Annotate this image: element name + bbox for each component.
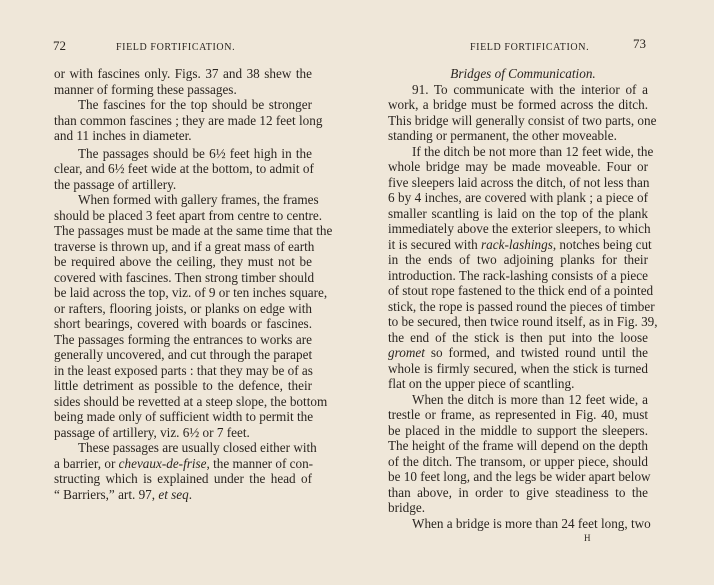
text-line: the passage of artillery. — [54, 177, 312, 193]
text-line: manner of forming these passages. — [54, 82, 312, 98]
text-line: structing which is explained under the h… — [54, 471, 312, 487]
text-line: bridge. — [388, 500, 648, 516]
text-line: traverse is thrown up, and if a great ma… — [54, 239, 312, 255]
text-line: covered with fascines. Then strong timbe… — [54, 270, 312, 286]
text-line: little detriment as possible to the defe… — [54, 378, 312, 394]
text-line: gromet so formed, and twisted round unti… — [388, 345, 648, 361]
text-line: to be secured, then twice round itself, … — [388, 314, 648, 330]
text-line: it is secured with rack-lashings, notche… — [388, 237, 648, 253]
text-line: 6 by 4 inches, are covered with plank ; … — [388, 190, 648, 206]
text-line: The passages forming the entrances to wo… — [54, 332, 312, 348]
text-line: short bearings, covered with boards or f… — [54, 316, 312, 332]
text-line: standing or permanent, the other moveabl… — [388, 128, 648, 144]
text-line: “ Barriers,” art. 97, et seq. — [54, 487, 312, 503]
text-line: five sleepers laid across the ditch, of … — [388, 175, 648, 191]
text-line: or rafters, flooring joists, or planks o… — [54, 301, 312, 317]
running-head: FIELD FORTIFICATION. — [116, 42, 235, 53]
text-line: immediately above the exterior sleepers,… — [388, 221, 648, 237]
running-head: FIELD FORTIFICATION. — [470, 42, 589, 53]
text-line: and 11 inches in diameter. — [54, 128, 312, 144]
text-line: should be placed 3 feet apart from centr… — [54, 208, 312, 224]
text-line: a barrier, or chevaux-de-frise, the mann… — [54, 456, 312, 472]
text-line: be laid across the top, viz. of 9 or ten… — [54, 285, 312, 301]
text-line: When the ditch is more than 12 feet wide… — [388, 392, 648, 408]
text-line: the end of the stick is then put into th… — [388, 330, 648, 346]
text-line: The passages must be made at the same ti… — [54, 223, 312, 239]
text-line: or with fascines only. Figs. 37 and 38 s… — [54, 66, 312, 82]
text-line: be placed in the middle to support the s… — [388, 423, 648, 439]
text-line: The passages should be 6½ feet high in t… — [54, 146, 312, 162]
text-line: being made only of sufficient width to p… — [54, 409, 312, 425]
text-line: The height of the frame will depend on t… — [388, 438, 648, 454]
text-line: generally uncovered, and cut through the… — [54, 347, 312, 363]
text-line: clear, and 6½ feet wide at the bottom, t… — [54, 161, 312, 177]
text-line: be 10 feet long, and the legs be wider a… — [388, 469, 648, 485]
text-line: than above, in order to give steadiness … — [388, 485, 648, 501]
text-line: smaller scantling is laid on the top of … — [388, 206, 648, 222]
text-line: of the ditch. The transom, or upper piec… — [388, 454, 648, 470]
text-line: The fascines for the top should be stron… — [54, 97, 312, 113]
text-line: trestle or frame, as represented in Fig.… — [388, 407, 648, 423]
text-line: of stout rope fastened to the thick end … — [388, 283, 648, 299]
text-line: in the least exposed parts : that they m… — [54, 363, 312, 379]
page-number: 73 — [633, 36, 646, 52]
section-heading: Bridges of Communication. — [388, 66, 648, 82]
page-number: 72 — [53, 38, 66, 54]
text-line: When a bridge is more than 24 feet long,… — [388, 516, 648, 532]
text-line: in the ends of two adjoining planks for … — [388, 252, 648, 268]
text-line: introduction. The rack-lashing consists … — [388, 268, 648, 284]
text-line: be required above the ceiling, they must… — [54, 254, 312, 270]
text-line: If the ditch be not more than 12 feet wi… — [388, 144, 648, 160]
text-line: When formed with gallery frames, the fra… — [54, 192, 312, 208]
text-line: These passages are usually closed either… — [54, 440, 312, 456]
signature-mark: H — [584, 533, 591, 543]
body-text: or with fascines only. Figs. 37 and 38 s… — [54, 66, 312, 502]
text-line: stick, the rope is passed round the piec… — [388, 299, 648, 315]
body-text: Bridges of Communication. 91. To communi… — [388, 66, 648, 531]
text-line: 91. To communicate with the interior of … — [388, 82, 648, 98]
text-line: whole is firmly secured, when the stick … — [388, 361, 648, 377]
text-line: than common fascines ; they are made 12 … — [54, 113, 312, 129]
text-line: sides should be revetted at a steep slop… — [54, 394, 312, 410]
text-line: passage of artillery, viz. 6½ or 7 feet. — [54, 425, 312, 441]
text-line: work, a bridge must be formed across the… — [388, 97, 648, 113]
text-line: This bridge will generally consist of tw… — [388, 113, 648, 129]
text-line: flat on the upper piece of scantling. — [388, 376, 648, 392]
text-line: whole bridge may be made moveable. Four … — [388, 159, 648, 175]
